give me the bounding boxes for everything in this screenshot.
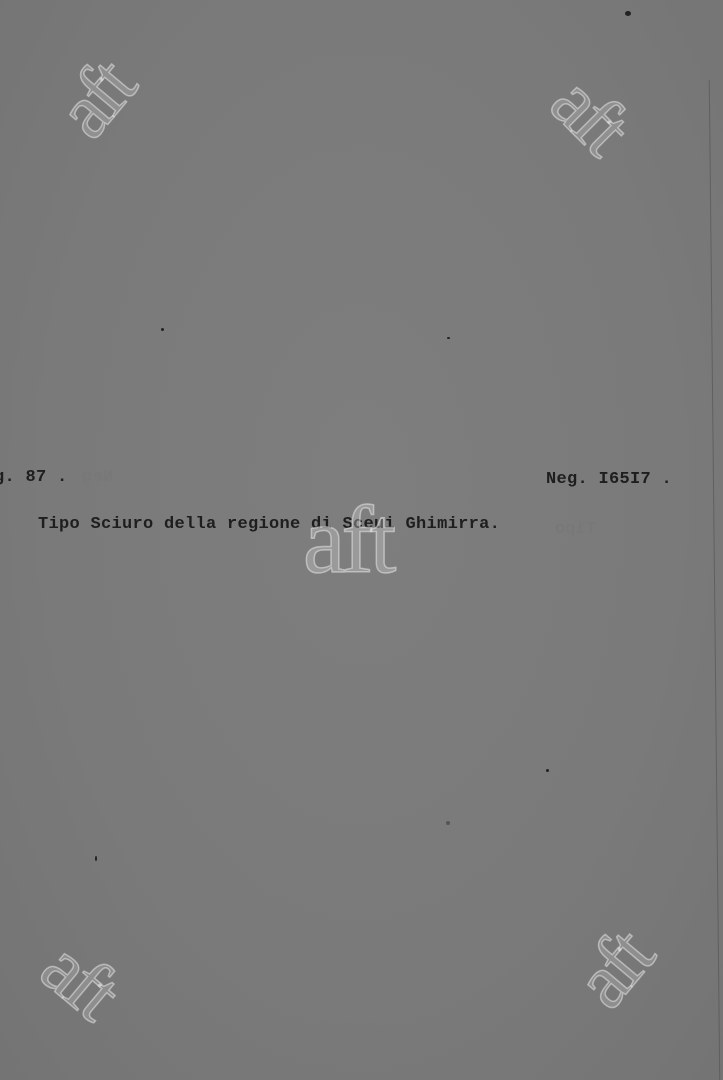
bleed-through-text: Tipo	[555, 520, 596, 539]
negative-number: Neg. I65I7 .	[546, 470, 672, 489]
dust-speck	[625, 11, 631, 16]
figure-number: g. 87 .	[0, 468, 68, 487]
watermark-aft: aft	[28, 927, 132, 1032]
dust-speck	[446, 821, 450, 825]
bleed-through-text: Neg.	[72, 468, 113, 487]
dust-speck	[161, 328, 164, 331]
dust-speck	[447, 337, 450, 339]
watermark-aft: aft	[303, 492, 392, 588]
page-edge-line	[709, 80, 720, 1080]
dust-speck	[95, 856, 97, 861]
caption: Tipo Sciuro della regione di Sceui Ghimi…	[38, 515, 500, 534]
watermark-aft: aft	[43, 47, 148, 151]
dust-speck	[546, 769, 549, 772]
watermark-aft: aft	[561, 917, 666, 1021]
scanned-page: aft aft aft aft Neg. Tipo g. 87 . Neg. I…	[0, 0, 723, 1080]
watermark-aft: aft	[538, 62, 643, 167]
